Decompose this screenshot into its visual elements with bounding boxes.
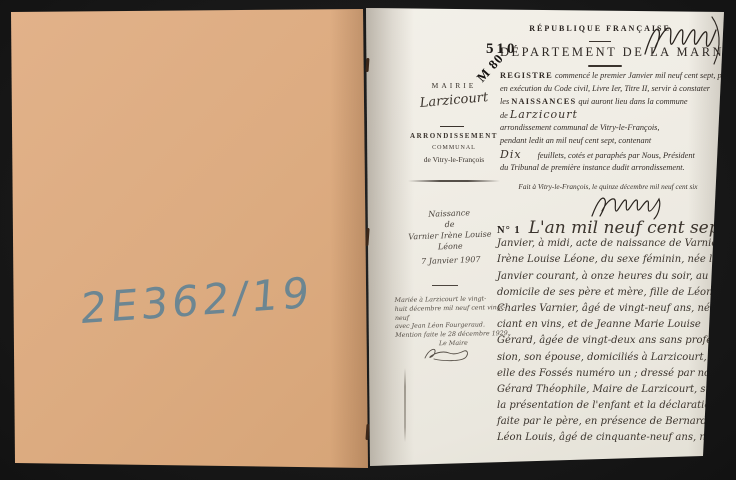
sheet-count-handwritten: Dix	[500, 148, 522, 161]
act-line: N° 1L'an mil neuf cent sept, le huit	[497, 220, 719, 236]
margin-note-marriage: Mariée à Larzicourt le vingt- huit décem…	[395, 295, 512, 350]
signature-paraphe-top	[642, 14, 726, 66]
register-line: en exécution du Code civil, Livre Ier, T…	[500, 82, 718, 95]
act-line: Léon Louis, âgé de cinquante-neuf ans, n…	[497, 430, 719, 446]
register-line: de Larzicourt	[500, 108, 718, 121]
column-rule	[408, 180, 500, 182]
registre-word: REGISTRE	[500, 71, 553, 80]
cover-binding-shade	[330, 0, 370, 480]
commune-handwritten: Larzicourt	[408, 89, 501, 112]
register-line: du Tribunal de première instance dudit a…	[500, 161, 718, 174]
act-number: N° 1	[497, 225, 521, 236]
fait-line: Fait à Vitry-le-François, le quinze déce…	[502, 182, 714, 191]
naissances-word: NAISSANCES	[511, 97, 576, 106]
act-line: faite par le père, en présence de Bernar…	[497, 414, 719, 430]
act-line: Janvier, à midi, acte de naissance de Va…	[497, 236, 719, 252]
act-line: Charles Varnier, âgé de vingt-neuf ans, …	[497, 301, 719, 317]
act-line: Gérard, âgée de vingt-deux ans sans prof…	[497, 333, 719, 349]
act-line: sion, son épouse, domiciliés à Larzicour…	[497, 350, 719, 366]
register-line: REGISTRE commencé le premier Janvier mil…	[500, 69, 718, 82]
republic-rule	[589, 41, 611, 42]
scanned-register-photo: 2E362/19 RÉPUBLIQUE FRANÇAISE 510 DÉPART…	[0, 0, 736, 480]
register-line: les NAISSANCES qui auront lieu dans la c…	[500, 95, 718, 108]
act-line-text: L'an mil neuf cent sept, le huit	[529, 218, 736, 238]
margin-note-line: 7 Janvier 1907	[399, 253, 503, 268]
communal-label: COMMUNAL	[406, 145, 502, 151]
act-line: Janvier courant, à onze heures du soir, …	[497, 269, 719, 285]
register-line-text: de	[500, 111, 510, 120]
arrondissement-label: ARRONDISSEMENT	[406, 132, 502, 140]
mairie-label: MAIRIE	[406, 81, 502, 90]
signature-maire	[422, 345, 472, 363]
act-line: Gérard Théophile, Maire de Larzicourt, s…	[497, 382, 719, 398]
register-line-text: qui auront lieu dans la commune	[576, 97, 687, 106]
register-line: pendant ledit an mil neuf cent sept, con…	[500, 134, 718, 147]
act-line: elle des Fossés numéro un ; dressé par n…	[497, 366, 719, 382]
register-line-text: les	[500, 97, 511, 106]
binding-stitch	[365, 424, 369, 440]
arrondissement-name: de Vitry-le-François	[406, 155, 502, 164]
department-rule	[588, 65, 622, 67]
mairie-rule	[440, 126, 464, 127]
act-line: ciant en vins, et de Jeanne Marie Louise	[497, 317, 719, 333]
register-line: arrondissement communal de Vitry-le-Fran…	[500, 121, 718, 134]
margin-note-birth: Naissance de Varnier Irène Louise Léone …	[397, 206, 503, 268]
register-paragraph: REGISTRE commencé le premier Janvier mil…	[500, 69, 718, 174]
archive-reference: 2E362/19	[79, 268, 315, 334]
birth-act: N° 1L'an mil neuf cent sept, le huit Jan…	[497, 220, 719, 447]
act-line: Irène Louise Léone, du sexe féminin, née…	[497, 252, 719, 268]
act-line: domicile de ses père et mère, fille de L…	[497, 285, 719, 301]
page-crease	[404, 368, 406, 442]
register-line-text: commencé le premier Janvier mil neuf cen…	[553, 71, 734, 80]
register-line: Dix feuillets, cotés et paraphés par Nou…	[500, 148, 718, 161]
commune-blank-handwritten: Larzicourt	[510, 108, 578, 121]
register-line-text: feuillets, cotés et paraphés par Nous, P…	[536, 151, 695, 160]
act-line: la présentation de l'enfant et la déclar…	[497, 398, 719, 414]
margin-note-rule	[432, 285, 458, 286]
mention-line: huit décembre mil neuf cent vingt-neuf	[395, 304, 511, 324]
